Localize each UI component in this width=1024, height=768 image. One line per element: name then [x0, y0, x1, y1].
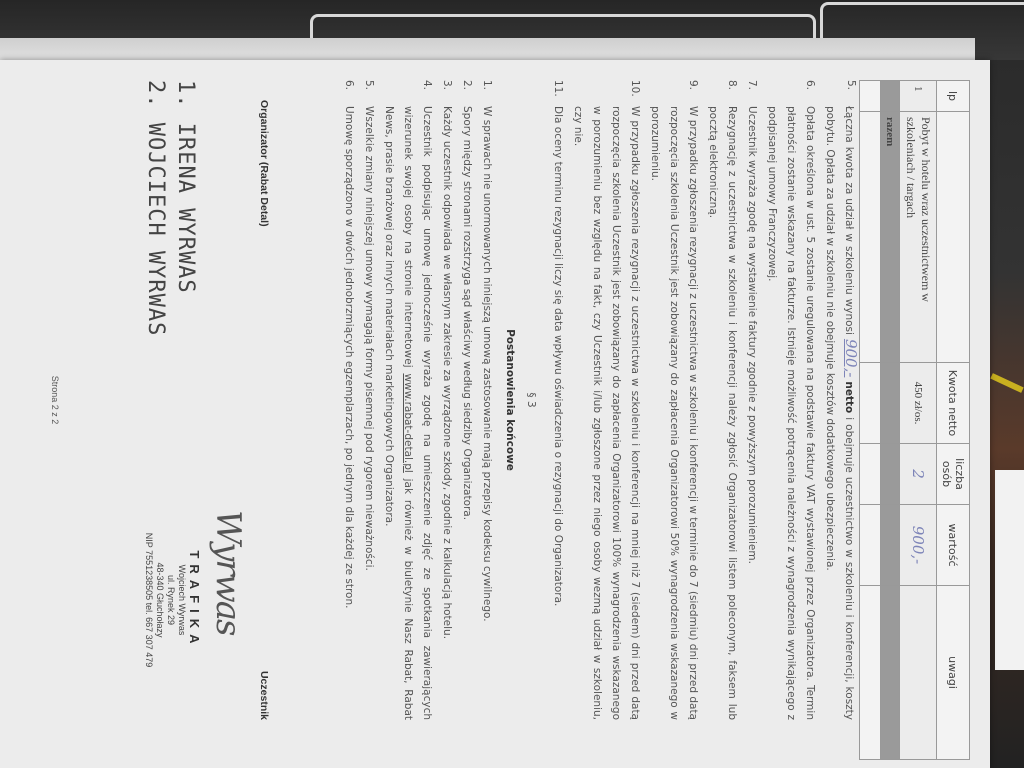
stamp-line: 48-340 Głuchołazy	[154, 480, 165, 720]
handwritten-name: 2. WOJCIECH WYRWAS	[140, 80, 170, 336]
cell-lp: 1	[900, 81, 937, 112]
table-row: 1 Pobyt w hotelu wraz uczestnictwem w sz…	[900, 81, 937, 760]
pricing-table: lp Kwota netto liczba osób wartość uwagi…	[859, 80, 970, 760]
clause-text: W sprawach nie unormowanych niniejszą um…	[477, 106, 496, 720]
clause-text: Wszelkie zmiany niniejszej umowy wymagaj…	[359, 106, 378, 720]
final-clause-item: 1. W sprawach nie unormowanych niniejszą…	[477, 80, 496, 720]
clause-text: Łączna kwota za udział w szkoleniu wynos…	[843, 106, 855, 339]
clause-text: Dla oceny terminu rezygnacji liczy się d…	[548, 106, 567, 720]
table-sum-row: razem	[881, 81, 900, 760]
clause-number: 6.	[762, 80, 819, 106]
clause-text: Rezygnację z uczestnictwa w szkoleniu i …	[703, 106, 741, 720]
clause-number: 9.	[645, 80, 702, 106]
clause-item: 10. W przypadku zgłoszenia rezygnacji z …	[568, 80, 644, 720]
table-empty-row	[860, 81, 881, 760]
final-clause-item: 3. Każdy uczestnik odpowiada we własnym …	[437, 80, 456, 720]
website-link: www.rabat-detal.pl	[402, 373, 414, 472]
cell-description: Pobyt w hotelu wraz uczestnictwem w szko…	[900, 112, 937, 363]
header-notes: uwagi	[937, 586, 970, 760]
clause-number: 4.	[379, 80, 436, 106]
stamp-line: ul. Rynek 29	[165, 480, 176, 720]
final-clause-item: 6. Umowę sporządzono w dwóch jednobrzmią…	[339, 80, 358, 720]
header-value: wartość	[937, 505, 970, 586]
clause-number: 5.	[359, 80, 378, 106]
page-footer: Strona 2 z 2	[50, 80, 60, 720]
clause-number: 5.	[820, 80, 860, 106]
stamp-line: Wojciech Wyrwas	[176, 480, 187, 720]
clause-text: Opłata określona w ust. 5 zostanie uregu…	[762, 106, 819, 720]
background-paper	[995, 470, 1024, 670]
handwritten-amount: 900,-	[842, 339, 860, 377]
contract-clauses: 5. Łączna kwota za udział w szkoleniu wy…	[338, 80, 860, 720]
clause-bold: netto	[843, 381, 855, 413]
clause-number: 3.	[437, 80, 456, 106]
clause-number: 7.	[742, 80, 761, 106]
organizer-label: Organizator (Rabat Detal)	[258, 100, 270, 227]
stamp-line: NIP 7551238505 tel. 667 307 479	[143, 480, 154, 720]
header-description	[937, 112, 970, 363]
final-clause-item: 5. Wszelkie zmiany niniejszej umowy wyma…	[359, 80, 378, 720]
clause-number: 1.	[477, 80, 496, 106]
clause-text: W przypadku zgłoszenia rezygnacji z ucze…	[568, 106, 644, 720]
clause-item: 9. W przypadku zgłoszenia rezygnacji z u…	[645, 80, 702, 720]
handwritten-name: 1. IRENA WYRWAS	[170, 80, 200, 336]
final-clause-item: 2. Spory między stronami rozstrzyga sąd …	[457, 80, 476, 720]
document-page: lp Kwota netto liczba osób wartość uwagi…	[30, 60, 990, 750]
clause-text: W przypadku zgłoszenia rezygnacji z ucze…	[645, 106, 702, 720]
participant-signature: Wyrwas	[208, 510, 248, 634]
table-header-row: lp Kwota netto liczba osób wartość uwagi	[937, 81, 970, 760]
company-stamp: TRAFIKA Wojciech Wyrwas ul. Rynek 29 48-…	[143, 480, 200, 720]
clause-item: 7. Uczestnik wyraża zgodę na wystawienie…	[742, 80, 761, 720]
cell-amount: 450 zł/os.	[900, 363, 937, 444]
stamp-company-name: TRAFIKA	[189, 480, 200, 720]
clause-number: 11.	[548, 80, 567, 106]
cell-persons-handwritten: 2	[900, 444, 937, 505]
participant-label: Uczestnik	[258, 671, 270, 720]
cell-notes	[900, 586, 937, 760]
handwritten-participants: 1. IRENA WYRWAS 2. WOJCIECH WYRWAS	[140, 80, 200, 336]
section-mark: § 3	[521, 80, 540, 720]
clause-text: Uczestnik wyraża zgodę na wystawienie fa…	[742, 106, 761, 720]
header-amount: Kwota netto	[937, 363, 970, 444]
clause-text: Umowę sporządzono w dwóch jednobrzmiącyc…	[339, 106, 358, 720]
clause-number: 8.	[703, 80, 741, 106]
clause-item: 5. Łączna kwota za udział w szkoleniu wy…	[820, 80, 860, 720]
clause-text: Spory między stronami rozstrzyga sąd wła…	[457, 106, 476, 720]
clause-text: Każdy uczestnik odpowiada we własnym zak…	[437, 106, 456, 720]
sum-label: razem	[881, 112, 900, 363]
clause-number: 6.	[339, 80, 358, 106]
clause-item: 11. Dla oceny terminu rezygnacji liczy s…	[548, 80, 567, 720]
document-sheet: lp Kwota netto liczba osób wartość uwagi…	[0, 60, 990, 768]
header-persons: liczba osób	[937, 444, 970, 505]
clause-number: 2.	[457, 80, 476, 106]
cell-value-handwritten: 900,-	[900, 505, 937, 586]
signature-labels: Organizator (Rabat Detal) Uczestnik	[258, 100, 270, 720]
section-title: Postanowienia końcowe	[500, 80, 519, 720]
clause-item: 6. Opłata określona w ust. 5 zostanie ur…	[762, 80, 819, 720]
clause-item: 8. Rezygnację z uczestnictwa w szkoleniu…	[703, 80, 741, 720]
final-clause-item: 4. Uczestnik podpisując umowę jednocześn…	[379, 80, 436, 720]
header-lp: lp	[937, 81, 970, 112]
clause-number: 10.	[568, 80, 644, 106]
